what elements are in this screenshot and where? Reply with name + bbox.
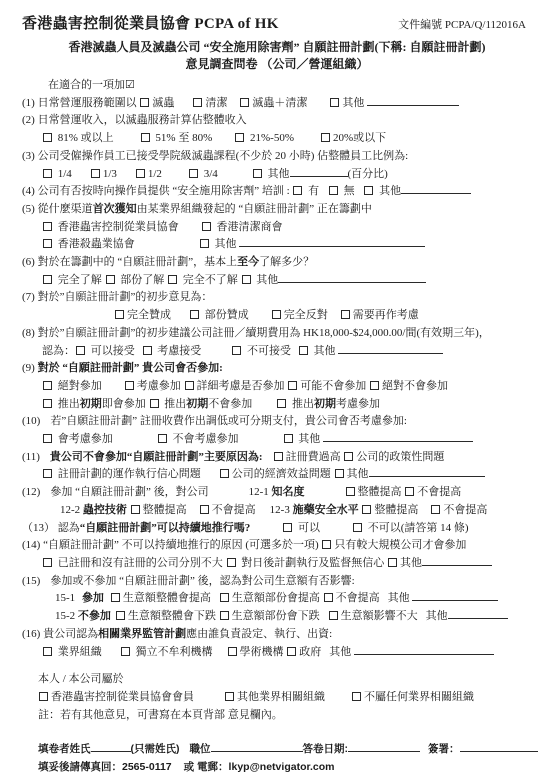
checkbox[interactable] (143, 346, 152, 355)
text-segment: 參加或不參加 “自願註冊計劃” 後，認為對公司生意額有否影響: (50, 575, 354, 587)
checkbox[interactable] (168, 275, 177, 284)
text-segment: 不會參加 (208, 398, 252, 410)
spacer (263, 459, 273, 460)
text-segment: (15) (22, 575, 40, 587)
form-line: 業界組織 獨立不牟利機構學術機構 政府其他 (22, 644, 532, 662)
text-segment: 其他 (376, 185, 401, 197)
text-segment: (只需姓氏) (131, 743, 180, 755)
form-line: 認為： 可以接受 考慮接受 不可接受 其他 (22, 343, 532, 361)
spacer (40, 583, 50, 584)
checkbox[interactable] (253, 169, 262, 178)
text-segment: 至今 (237, 256, 259, 268)
text-segment: (百分比) (348, 168, 388, 180)
text-segment: 在適合的一項加☑ (48, 79, 135, 91)
subtitle-line-1: 香港滅蟲人員及滅蟲公司 “安全施用除害劑” 自願註冊計劃(下稱: 自願註冊計劃) (22, 39, 532, 56)
text-segment: (3) 公司受僱操作員工已接受學院級滅蟲課程(不少於 20 小時) 佔整體員工比… (22, 150, 408, 162)
text-segment: 或 電郵：lkyp@netvigator.com (184, 761, 335, 773)
checkbox[interactable] (235, 133, 244, 142)
checkbox[interactable] (335, 469, 344, 478)
text-segment: 其他 (254, 274, 279, 286)
spacer (171, 317, 189, 318)
text-segment: 整體提高 (143, 504, 187, 516)
form-line: 註冊計劃的運作執行信心問題公司的經濟效益問題 其他 (22, 466, 532, 484)
checkbox[interactable] (362, 505, 371, 514)
text-segment: 參加 “自願註冊計劃” 後，對公司 (50, 486, 208, 498)
text-segment: (6) 對於在籌劃中的 “自願註冊計劃”，基本上 (22, 256, 237, 268)
checkbox[interactable] (321, 133, 330, 142)
spacer (256, 512, 270, 513)
spacer (357, 193, 363, 194)
text-segment: 由某業界組織發起的 “自願註冊計劃” 正在籌劃中 (137, 203, 372, 215)
text-segment: 簽署： (428, 743, 460, 755)
form-line: (1) 日常營運服務範圍以 滅蟲清潔滅蟲＋清潔其他 (22, 95, 532, 113)
form-line: (4) 公司有否按時向操作員提供 “安全施用除害劑” 培訓 : 有 無 其他 (22, 183, 532, 201)
text-segment: 註：若有其他意見，可書寫在本頁背部 意見欄內。 (38, 709, 283, 721)
blank-field[interactable] (422, 555, 492, 566)
text-segment: (7) 對於”自願註冊計劃”的初步意見為： (22, 291, 212, 303)
checkbox[interactable] (287, 647, 296, 656)
text-segment: 貴公司不會參加“自願註冊計劃”主要原因為: (50, 451, 263, 463)
checkbox[interactable] (111, 593, 120, 602)
text-segment: 公司的經濟效益問題 (232, 468, 334, 480)
spacer (209, 494, 249, 495)
blank-field[interactable] (401, 183, 471, 194)
text-segment: 其他 (311, 345, 339, 357)
blank-field[interactable] (239, 236, 425, 247)
text-segment: 有 (305, 185, 322, 197)
spacer (252, 406, 276, 407)
checkbox[interactable] (43, 169, 52, 178)
checkbox[interactable] (193, 98, 202, 107)
form-line: (14) “自願註冊計劃” 不可以持續地推行的原因 (可選多於一項) 只有較大規… (22, 537, 532, 555)
header: 香港蟲害控制從業員協會 PCPA of HK 文件編號 PCPA/Q/11201… (22, 12, 532, 33)
spacer (174, 105, 192, 106)
form-line: (16) 貴公司認為相關業界監管計劃應由誰負責設定、執行、出資: (22, 626, 532, 644)
form-line: 1/41/31/2 3/4 其他(百分比) (22, 166, 532, 184)
checkbox[interactable] (353, 523, 362, 532)
text-segment: 詳細考慮是否參加 (197, 380, 288, 392)
text-segment: 會考慮參加 (55, 433, 113, 445)
text-segment: (2) 日常營運收入，以滅蟲服務計算佔整體收入 (22, 114, 247, 126)
text-segment: “自願註冊計劃”可以持續地推行嗎? (80, 522, 251, 534)
spacer (322, 193, 328, 194)
text-segment: 填妥後請傳真回：2565-0117 (38, 761, 172, 773)
form-line: 會考慮參加 不會考慮參加 其他 (22, 431, 532, 449)
text-segment: 15-2 (55, 610, 78, 622)
text-segment: 生意額整體會提高 (123, 592, 211, 604)
checkbox[interactable] (388, 558, 397, 567)
form-line: (10)若”自願註冊計劃” 註冊收費作出調低或可分期支付，貴公司會否考慮參加: (22, 413, 532, 431)
spacer (325, 699, 351, 700)
text-segment: 政府 (299, 646, 321, 658)
text-segment: 其他 (212, 238, 240, 250)
form-line: (7) 對於”自願註冊計劃”的初步意見為： (22, 289, 532, 307)
checkbox[interactable] (220, 593, 229, 602)
text-segment: 公司的政策性問題 (356, 451, 444, 463)
text-segment: 初期 (314, 398, 336, 410)
text-segment: 對於 “自願註冊計劃” 貴公司會否參加: (38, 362, 223, 374)
form-line: (9) 對於 “自願註冊計劃” 貴公司會否參加: (22, 360, 532, 378)
text-segment: 部份了解 (118, 274, 168, 286)
form-line: 香港殺蟲業協會 其他 (22, 236, 532, 254)
text-segment: 其他 (426, 610, 448, 622)
text-segment: 完全贊成 (127, 309, 171, 321)
spacer (294, 353, 298, 354)
spacer (162, 176, 188, 177)
checkbox[interactable] (293, 186, 302, 195)
spacer (420, 751, 428, 752)
text-segment: 答卷日期: (303, 743, 349, 755)
checkbox[interactable] (158, 434, 167, 443)
text-segment: 考慮參加 (336, 398, 380, 410)
text-segment: 學術機構 (240, 646, 287, 658)
text-segment: 可能不會參加 (300, 380, 369, 392)
checkbox[interactable] (43, 133, 52, 142)
text-segment: (4) 公司有否按時向操作員提供 “安全施用除害劑” 培訓 : (22, 185, 292, 197)
spacer (213, 654, 227, 655)
text-segment: (16) 貴公司認為 (22, 628, 98, 640)
blank-field[interactable] (369, 466, 485, 477)
checkbox[interactable] (43, 381, 52, 390)
text-segment: 絕對不會參加 (382, 380, 448, 392)
text-segment: (9) (22, 362, 38, 374)
form-line: (8) 對於”自願註冊計劃”的初步建議公司註冊／續期費用為 HK18,000-$… (22, 325, 532, 343)
spacer (40, 423, 50, 424)
text-segment: 香港蟲害控制從業員協會會員 (51, 691, 194, 703)
subtitle-line-2: 意見調查問卷 （公司／營運組織） (22, 56, 532, 73)
text-segment: 業界組織 (55, 646, 102, 658)
checkbox[interactable] (121, 647, 130, 656)
spacer (307, 105, 329, 106)
text-segment: 獨立不牟利機構 (133, 646, 213, 658)
blank-field[interactable] (460, 741, 538, 752)
checkbox[interactable] (329, 186, 338, 195)
text-segment (127, 504, 130, 516)
text-segment: (14) “自願註冊計劃” 不可以持續地推行的原因 (可選多於一項) (22, 539, 321, 551)
checkbox[interactable] (39, 692, 48, 701)
text-segment: 滅蟲＋清潔 (252, 97, 307, 109)
checkbox[interactable] (189, 169, 198, 178)
form-line: (6) 對於在籌劃中的 “自願註冊計劃”，基本上至今了解多少？ (22, 254, 532, 272)
checkbox[interactable] (136, 169, 145, 178)
spacer (294, 140, 320, 141)
text-segment: 生意額整體會下跌 (128, 610, 219, 622)
checkbox[interactable] (43, 558, 52, 567)
text-segment: 知名度 (272, 486, 305, 498)
form-line: 絕對參加考慮參加 詳細考慮是否參加 可能不會參加 絕對不會參加 (22, 378, 532, 396)
spacer (102, 654, 120, 655)
checkbox[interactable] (140, 98, 149, 107)
form-line: 完全了解 部份了解 完全不了解 其他 (22, 272, 532, 290)
form-line: 註：若有其他意見，可書寫在本頁背部 意見欄內。 (22, 707, 532, 725)
blank-field[interactable] (278, 272, 426, 283)
text-segment: 不參加 (78, 610, 111, 622)
checkbox[interactable] (43, 239, 52, 248)
checkbox[interactable] (116, 611, 125, 620)
text-segment: 1/4 (55, 168, 72, 180)
text-segment: 不可以(請答第 14 條) (365, 522, 469, 534)
text-segment: 初期 (186, 398, 208, 410)
spacer (104, 600, 110, 601)
checkbox[interactable] (200, 505, 209, 514)
spacer (250, 530, 282, 531)
form-line: （13） 認為“自願註冊計劃”可以持續地推行嗎? 可以 不可以(請答第 14 條… (22, 520, 532, 538)
checkbox[interactable] (242, 275, 251, 284)
text-segment: 完全了解 (55, 274, 105, 286)
checkbox[interactable] (330, 98, 339, 107)
text-segment: 滅蟲 (152, 97, 174, 109)
form-line: 完全贊成 部份贊成完全反對需要再作考慮 (22, 307, 532, 325)
blank-field[interactable] (211, 741, 303, 752)
text-segment: 若”自願註冊計劃” 註冊收費作出調低或可分期支付，貴公司會否考慮參加: (50, 415, 407, 427)
text-segment: 其他 (347, 468, 369, 480)
blank-field[interactable] (348, 741, 420, 752)
spacer (305, 494, 345, 495)
text-segment: (10) (22, 415, 40, 427)
text-segment: 推出 (55, 398, 80, 410)
text-segment: 蟲控技術 (83, 504, 127, 516)
text-segment: 其他 (400, 557, 422, 569)
questionnaire-page: 香港蟲害控制從業員協會 PCPA of HK 文件編號 PCPA/Q/11201… (0, 0, 546, 776)
text-segment: 已註冊和沒有註冊的公司分別不大 (55, 557, 226, 569)
text-segment: 對日後計劃執行及監督無信心 (239, 557, 388, 569)
text-segment: 不可接受 (244, 345, 294, 357)
text-segment: (11) (22, 451, 40, 463)
checkbox[interactable] (202, 222, 211, 231)
text-segment: 21%-50% (247, 132, 294, 144)
text-segment: (1) 日常營運服務範圍以 (22, 97, 139, 109)
spacer (201, 353, 231, 354)
text-segment: 考慮接受 (155, 345, 202, 357)
checkbox[interactable] (352, 692, 361, 701)
text-segment: 可以 (295, 522, 320, 534)
checkbox[interactable] (284, 434, 293, 443)
checkbox[interactable] (190, 310, 199, 319)
checkbox[interactable] (43, 399, 52, 408)
form-line: 推出初期即會參加 推出初期不會參加 推出初期考慮參加 (22, 396, 532, 414)
checkbox[interactable] (43, 222, 52, 231)
spacer (72, 176, 90, 177)
text-segment: 12-2 (60, 504, 83, 516)
text-segment: 註冊費過高 (286, 451, 344, 463)
blank-field[interactable] (354, 644, 494, 655)
spacer (111, 618, 115, 619)
form-line: (15)參加或不參加 “自願註冊計劃” 後，認為對公司生意額有否影響: (22, 573, 532, 591)
blank-field[interactable] (367, 95, 459, 106)
text-segment: (8) 對於”自願註冊計劃”的初步建議公司註冊／續期費用為 HK18,000-$… (22, 327, 490, 339)
spacer (113, 441, 157, 442)
text-segment: （13） 認為 (22, 522, 80, 534)
text-segment: 首次獲知 (93, 203, 137, 215)
spacer (201, 476, 219, 477)
text-segment: 其他 (329, 646, 354, 658)
text-segment: 香港殺蟲業協會 (55, 238, 135, 250)
text-segment: 職位 (190, 743, 211, 755)
text-segment: 生意額部份會下跌 (232, 610, 320, 622)
text-segment: 需要再作考慮 (353, 309, 419, 321)
text-segment: 81% 或以上 (55, 132, 114, 144)
spacer (172, 769, 184, 770)
form-line: (12)參加 “自願註冊計劃” 後，對公司12-1 知名度整體提高 不會提高 (22, 484, 532, 502)
checkbox[interactable] (364, 186, 373, 195)
checkbox[interactable] (141, 133, 150, 142)
checkbox[interactable] (106, 275, 115, 284)
spacer (180, 751, 190, 752)
text-segment: 即會參加 (102, 398, 149, 410)
form-line: (2) 日常營運收入，以滅蟲服務計算佔整體收入 (22, 112, 532, 130)
text-segment: 應由誰負責設定、執行、出資: (186, 628, 332, 640)
form-line: 本人 / 本公司屬於 (22, 671, 532, 689)
spacer (328, 317, 340, 318)
spacer (194, 699, 224, 700)
text-segment: 生意額影響不大 (341, 610, 418, 622)
text-segment: 初期 (80, 398, 102, 410)
text-segment: 整體提高 (374, 504, 418, 516)
checkbox[interactable] (277, 399, 286, 408)
text-segment: 其他 (265, 168, 290, 180)
checkbox[interactable] (43, 275, 52, 284)
checkbox[interactable] (91, 169, 100, 178)
checkbox[interactable] (431, 505, 440, 514)
text-segment: 不會提高 (336, 592, 380, 604)
text-segment: 不會提高 (417, 486, 461, 498)
checkbox[interactable] (240, 98, 249, 107)
text-segment: 其他 (388, 592, 413, 604)
form-line: 填妥後請傳真回：2565-0117或 電郵：lkyp@netvigator.co… (22, 758, 532, 776)
spacer (102, 388, 124, 389)
checkbox[interactable] (341, 310, 350, 319)
text-segment: 生意額部份會提高 (232, 592, 323, 604)
text-segment: 施藥安全水平 (293, 504, 359, 516)
text-segment: 參加 (82, 592, 104, 604)
text-segment: 12-3 (270, 504, 293, 516)
checkbox[interactable] (225, 692, 234, 701)
checkbox[interactable] (299, 346, 308, 355)
text-segment: 其他業界相關組織 (237, 691, 325, 703)
checkbox[interactable] (405, 487, 414, 496)
form-line: 在適合的一項加☑ (22, 77, 532, 95)
spacer (320, 530, 352, 531)
form-line: (11)貴公司不會參加“自願註冊計劃”主要原因為:註冊費過高 公司的政策性問題 (22, 449, 532, 467)
spacer (320, 618, 328, 619)
text-segment: (5) 從什麼渠道 (22, 203, 93, 215)
checkbox[interactable] (115, 310, 124, 319)
checkbox[interactable] (322, 540, 331, 549)
form-line: 15-1 參加生意額整體會提高生意額部份會提高 不會提高其他 (22, 590, 532, 608)
checkbox[interactable] (370, 381, 379, 390)
blank-field[interactable] (290, 166, 348, 177)
checkbox[interactable] (272, 310, 281, 319)
text-segment: 考慮參加 (137, 380, 184, 392)
spacer (135, 246, 199, 247)
checkbox[interactable] (185, 381, 194, 390)
checkbox[interactable] (125, 381, 134, 390)
checkbox[interactable] (43, 647, 52, 656)
checkbox[interactable] (283, 523, 292, 532)
form-line (22, 724, 532, 740)
spacer (227, 105, 239, 106)
form-line: 填卷者姓氏(只需姓氏)職位答卷日期:簽署： (22, 740, 532, 758)
text-segment: 只有較大規模公司才會參加 (334, 539, 466, 551)
spacer (114, 140, 140, 141)
form-body: 在適合的一項加☑(1) 日常營運服務範圍以 滅蟲清潔滅蟲＋清潔其他 (2) 日常… (22, 77, 532, 776)
text-segment: 無 (341, 185, 358, 197)
spacer (239, 441, 283, 442)
spacer (138, 353, 142, 354)
checkbox[interactable] (329, 611, 338, 620)
text-segment: 整體提高 (358, 486, 405, 498)
form-line: (3) 公司受僱操作員工已接受學院級滅蟲課程(不少於 20 小時) 佔整體員工比… (22, 148, 532, 166)
checkbox[interactable] (76, 346, 85, 355)
text-segment: 20%或以下 (333, 132, 386, 144)
form-line (22, 661, 532, 671)
text-segment: 1/2 (148, 168, 162, 180)
blank-field[interactable] (412, 590, 498, 601)
checkbox[interactable] (200, 239, 209, 248)
text-segment: 51% 至 80% (153, 132, 213, 144)
text-segment: 15-1 (55, 592, 78, 604)
spacer (187, 512, 199, 513)
text-segment: 推出 (289, 398, 314, 410)
form-line: 香港蟲害控制從業員協會 香港清潔商會 (22, 219, 532, 237)
checkbox[interactable] (344, 452, 353, 461)
text-segment: 完全不了解 (180, 274, 241, 286)
spacer (380, 600, 388, 601)
text-segment: 了解多少？ (259, 256, 314, 268)
text-segment: 部份贊成 (202, 309, 249, 321)
text-segment: 推出 (162, 398, 187, 410)
checkbox[interactable] (150, 399, 159, 408)
text-segment: 本人 / 本公司屬於 (38, 673, 124, 685)
text-segment: 3/4 (201, 168, 218, 180)
checkbox[interactable] (228, 647, 237, 656)
checkbox[interactable] (131, 505, 140, 514)
text-segment: 其他 (296, 433, 324, 445)
text-segment: 不會提高 (443, 504, 487, 516)
spacer (418, 512, 430, 513)
checkbox[interactable] (346, 487, 355, 496)
form-line: 12-2 蟲控技術 整體提高不會提高12-3 施藥安全水平 整體提高不會提高 (22, 502, 532, 520)
checkbox[interactable] (274, 452, 283, 461)
text-segment: 12-1 (249, 486, 272, 498)
spacer (179, 229, 201, 230)
checkbox[interactable] (288, 381, 297, 390)
checkbox[interactable] (232, 346, 241, 355)
blank-field[interactable] (323, 431, 473, 442)
text-segment: 絕對參加 (55, 380, 102, 392)
text-segment: 完全反對 (284, 309, 328, 321)
checkbox[interactable] (43, 469, 52, 478)
text-segment: 可以接受 (88, 345, 138, 357)
spacer (117, 176, 135, 177)
form-line: (5) 從什麼渠道首次獲知由某業界組織發起的 “自願註冊計劃” 正在籌劃中 (22, 201, 532, 219)
blank-field[interactable] (91, 741, 131, 752)
text-segment: 1/3 (103, 168, 117, 180)
checkbox[interactable] (220, 611, 229, 620)
checkbox[interactable] (43, 434, 52, 443)
form-line: 81% 或以上 51% 至 80% 21%-50%20%或以下 (22, 130, 532, 148)
text-segment: 其他 (342, 97, 367, 109)
text-segment: 香港清潔商會 (214, 221, 283, 233)
checkbox[interactable] (227, 558, 236, 567)
blank-field[interactable] (448, 608, 508, 619)
form-line: 香港蟲害控制從業員協會會員其他業界相關組織不屬任何業界相關組織 (22, 689, 532, 707)
checkbox[interactable] (220, 469, 229, 478)
checkbox[interactable] (324, 593, 333, 602)
text-segment: 不會考慮參加 (170, 433, 239, 445)
spacer (218, 176, 252, 177)
blank-field[interactable] (338, 343, 443, 354)
